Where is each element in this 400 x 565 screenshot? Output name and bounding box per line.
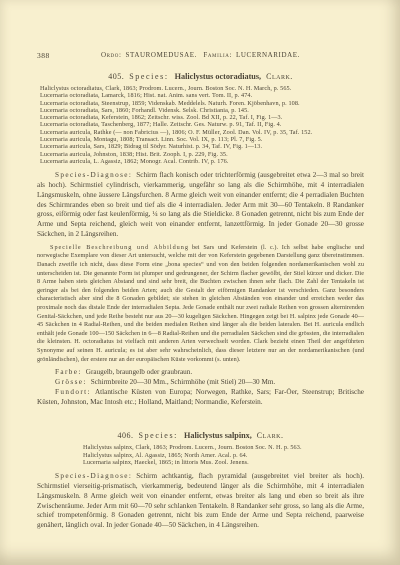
farbe-line: Farbe:Graugelb, braungelb oder graubraun… <box>37 368 364 378</box>
species-author: Clark. <box>266 72 293 81</box>
diagnose-text: Schirm achtkantig, flach pyramidal (ausg… <box>37 472 364 529</box>
species-name: Haliclystus salpinx, <box>184 431 252 440</box>
page-number: 388 <box>37 51 50 60</box>
groesse-text: Schirmbreite 20—30 Mm., Schirmhöhe (mit … <box>91 378 275 386</box>
synonymy-entry: Lucernaria salpinx, Haeckel, 1865; in li… <box>83 459 364 466</box>
species-section-406: 406. Species: Haliclystus salpinx, Clark… <box>37 431 364 531</box>
description-text: bei Sars und Keferstein (l. c.). Ich sel… <box>37 244 364 363</box>
description-label: Specielle Beschreibung und Abbildung <box>50 244 189 251</box>
species-label: Species: <box>129 72 168 81</box>
synonymy-entry: Haliclystus octoradiatus, Clark, 1863; P… <box>40 85 364 92</box>
species-number: 406. <box>118 431 134 440</box>
farbe-label: Farbe: <box>55 368 82 376</box>
synonymy-entry: Lucernaria auricula, Montagu, 1808; Tran… <box>40 136 364 143</box>
synonymy-entry: Lucernaria auricula, Sars, 1829; Bidrag … <box>40 143 364 150</box>
synonymy-list-405: Haliclystus octoradiatus, Clark, 1863; P… <box>40 85 364 165</box>
text-block: 388 Ordo:STAUROMEDUSAE. Familia:LUCERNAR… <box>37 0 364 531</box>
fundort-line: Fundort:Atlantische Küsten von Europa; N… <box>37 388 364 408</box>
synonymy-list-406: Haliclystus salpinx, Clark, 1863; Prodro… <box>83 444 364 466</box>
synonymy-entry: Lucernaria octoradiata, Steenstrup, 1859… <box>40 100 364 107</box>
groesse-line: Grösse:Schirmbreite 20—30 Mm., Schirmhöh… <box>37 378 364 388</box>
species-number: 405. <box>108 72 124 81</box>
book-page: 388 Ordo:STAUROMEDUSAE. Familia:LUCERNAR… <box>0 0 400 565</box>
fundort-label: Fundort: <box>55 388 91 396</box>
synonymy-entry: Lucernaria auricula, Johnston, 1838; His… <box>40 151 364 158</box>
ordo-value: STAUROMEDUSAE. <box>126 51 197 59</box>
species-diagnose-406: Species-Diagnose:Schirm achtkantig, flac… <box>37 472 364 531</box>
species-heading-405: 405. Species: Haliclystus octoradiatus, … <box>37 72 364 81</box>
synonymy-entry: Lucernaria auricula, Rathke (— non Fabri… <box>40 129 364 136</box>
species-diagnose-405: Species-Diagnose:Schirm flach konisch od… <box>37 171 364 240</box>
synonymy-entry: Lucernaria auricula, L. Agassiz, 1862; M… <box>40 158 364 165</box>
synonymy-entry: Haliclystus salpinx, Al. Agassiz, 1865; … <box>83 452 364 459</box>
species-heading-406: 406. Species: Haliclystus salpinx, Clark… <box>37 431 364 440</box>
running-header: 388 Ordo:STAUROMEDUSAE. Familia:LUCERNAR… <box>37 0 364 59</box>
synonymy-entry: Lucernaria octoradiata, Lamarck, 1816; H… <box>40 92 364 99</box>
diagnose-text: Schirm flach konisch oder trichterförmig… <box>37 171 364 238</box>
synonymy-entry: Lucernaria octoradiata, Sars, 1860; Forh… <box>40 107 364 114</box>
species-name: Haliclystus octoradiatus, <box>175 72 261 81</box>
species-label: Species: <box>139 431 178 440</box>
species-section-405: 405. Species: Haliclystus octoradiatus, … <box>37 72 364 407</box>
species-description-405: Specielle Beschreibung und Abbildungbei … <box>37 244 364 364</box>
facts-block-405: Farbe:Graugelb, braungelb oder graubraun… <box>37 368 364 407</box>
synonymy-entry: Haliclystus salpinx, Clark, 1863; Prodro… <box>83 444 364 451</box>
groesse-label: Grösse: <box>55 378 87 386</box>
synonymy-entry: Lucernaria octoradiata, Keferstein, 1862… <box>40 114 364 121</box>
familia-label: Familia: <box>203 51 232 59</box>
ordo-label: Ordo: <box>101 51 122 59</box>
familia-value: LUCERNARIDAE. <box>236 51 300 59</box>
species-author: Clark. <box>257 431 284 440</box>
diagnose-label: Species-Diagnose: <box>55 171 132 179</box>
diagnose-label: Species-Diagnose: <box>55 472 132 480</box>
synonymy-entry: Lucernaria octoradiata, Taschenberg, 187… <box>40 121 364 128</box>
farbe-text: Graugelb, braungelb oder graubraun. <box>86 368 192 376</box>
